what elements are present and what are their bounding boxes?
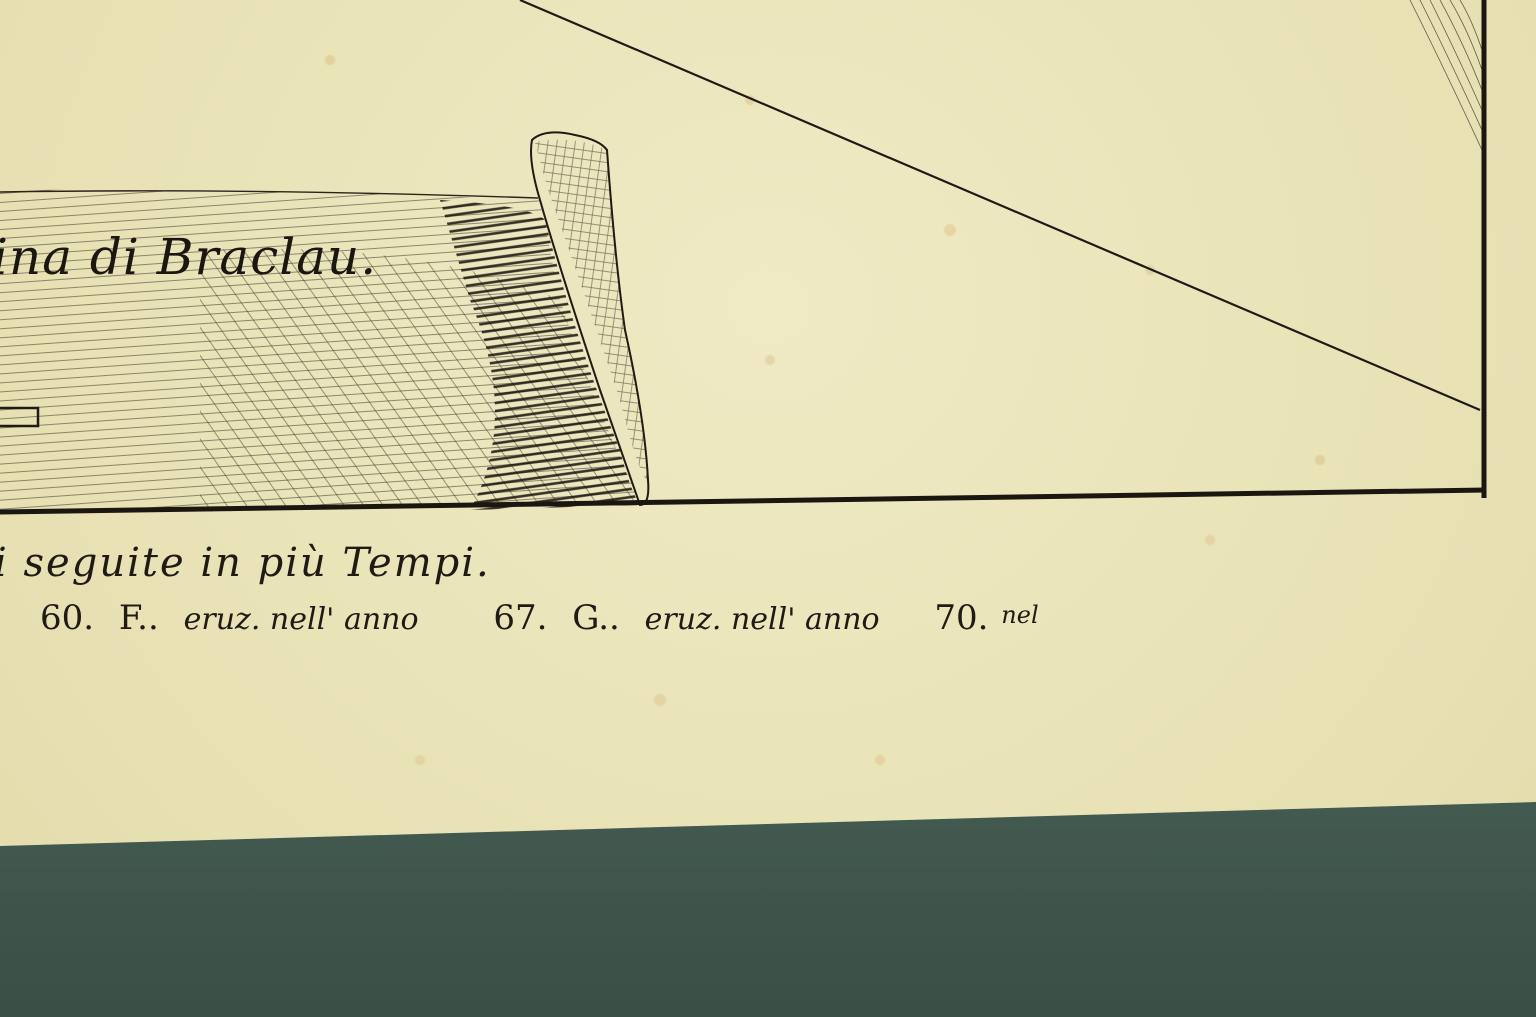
green-mat-border xyxy=(0,0,1536,1017)
